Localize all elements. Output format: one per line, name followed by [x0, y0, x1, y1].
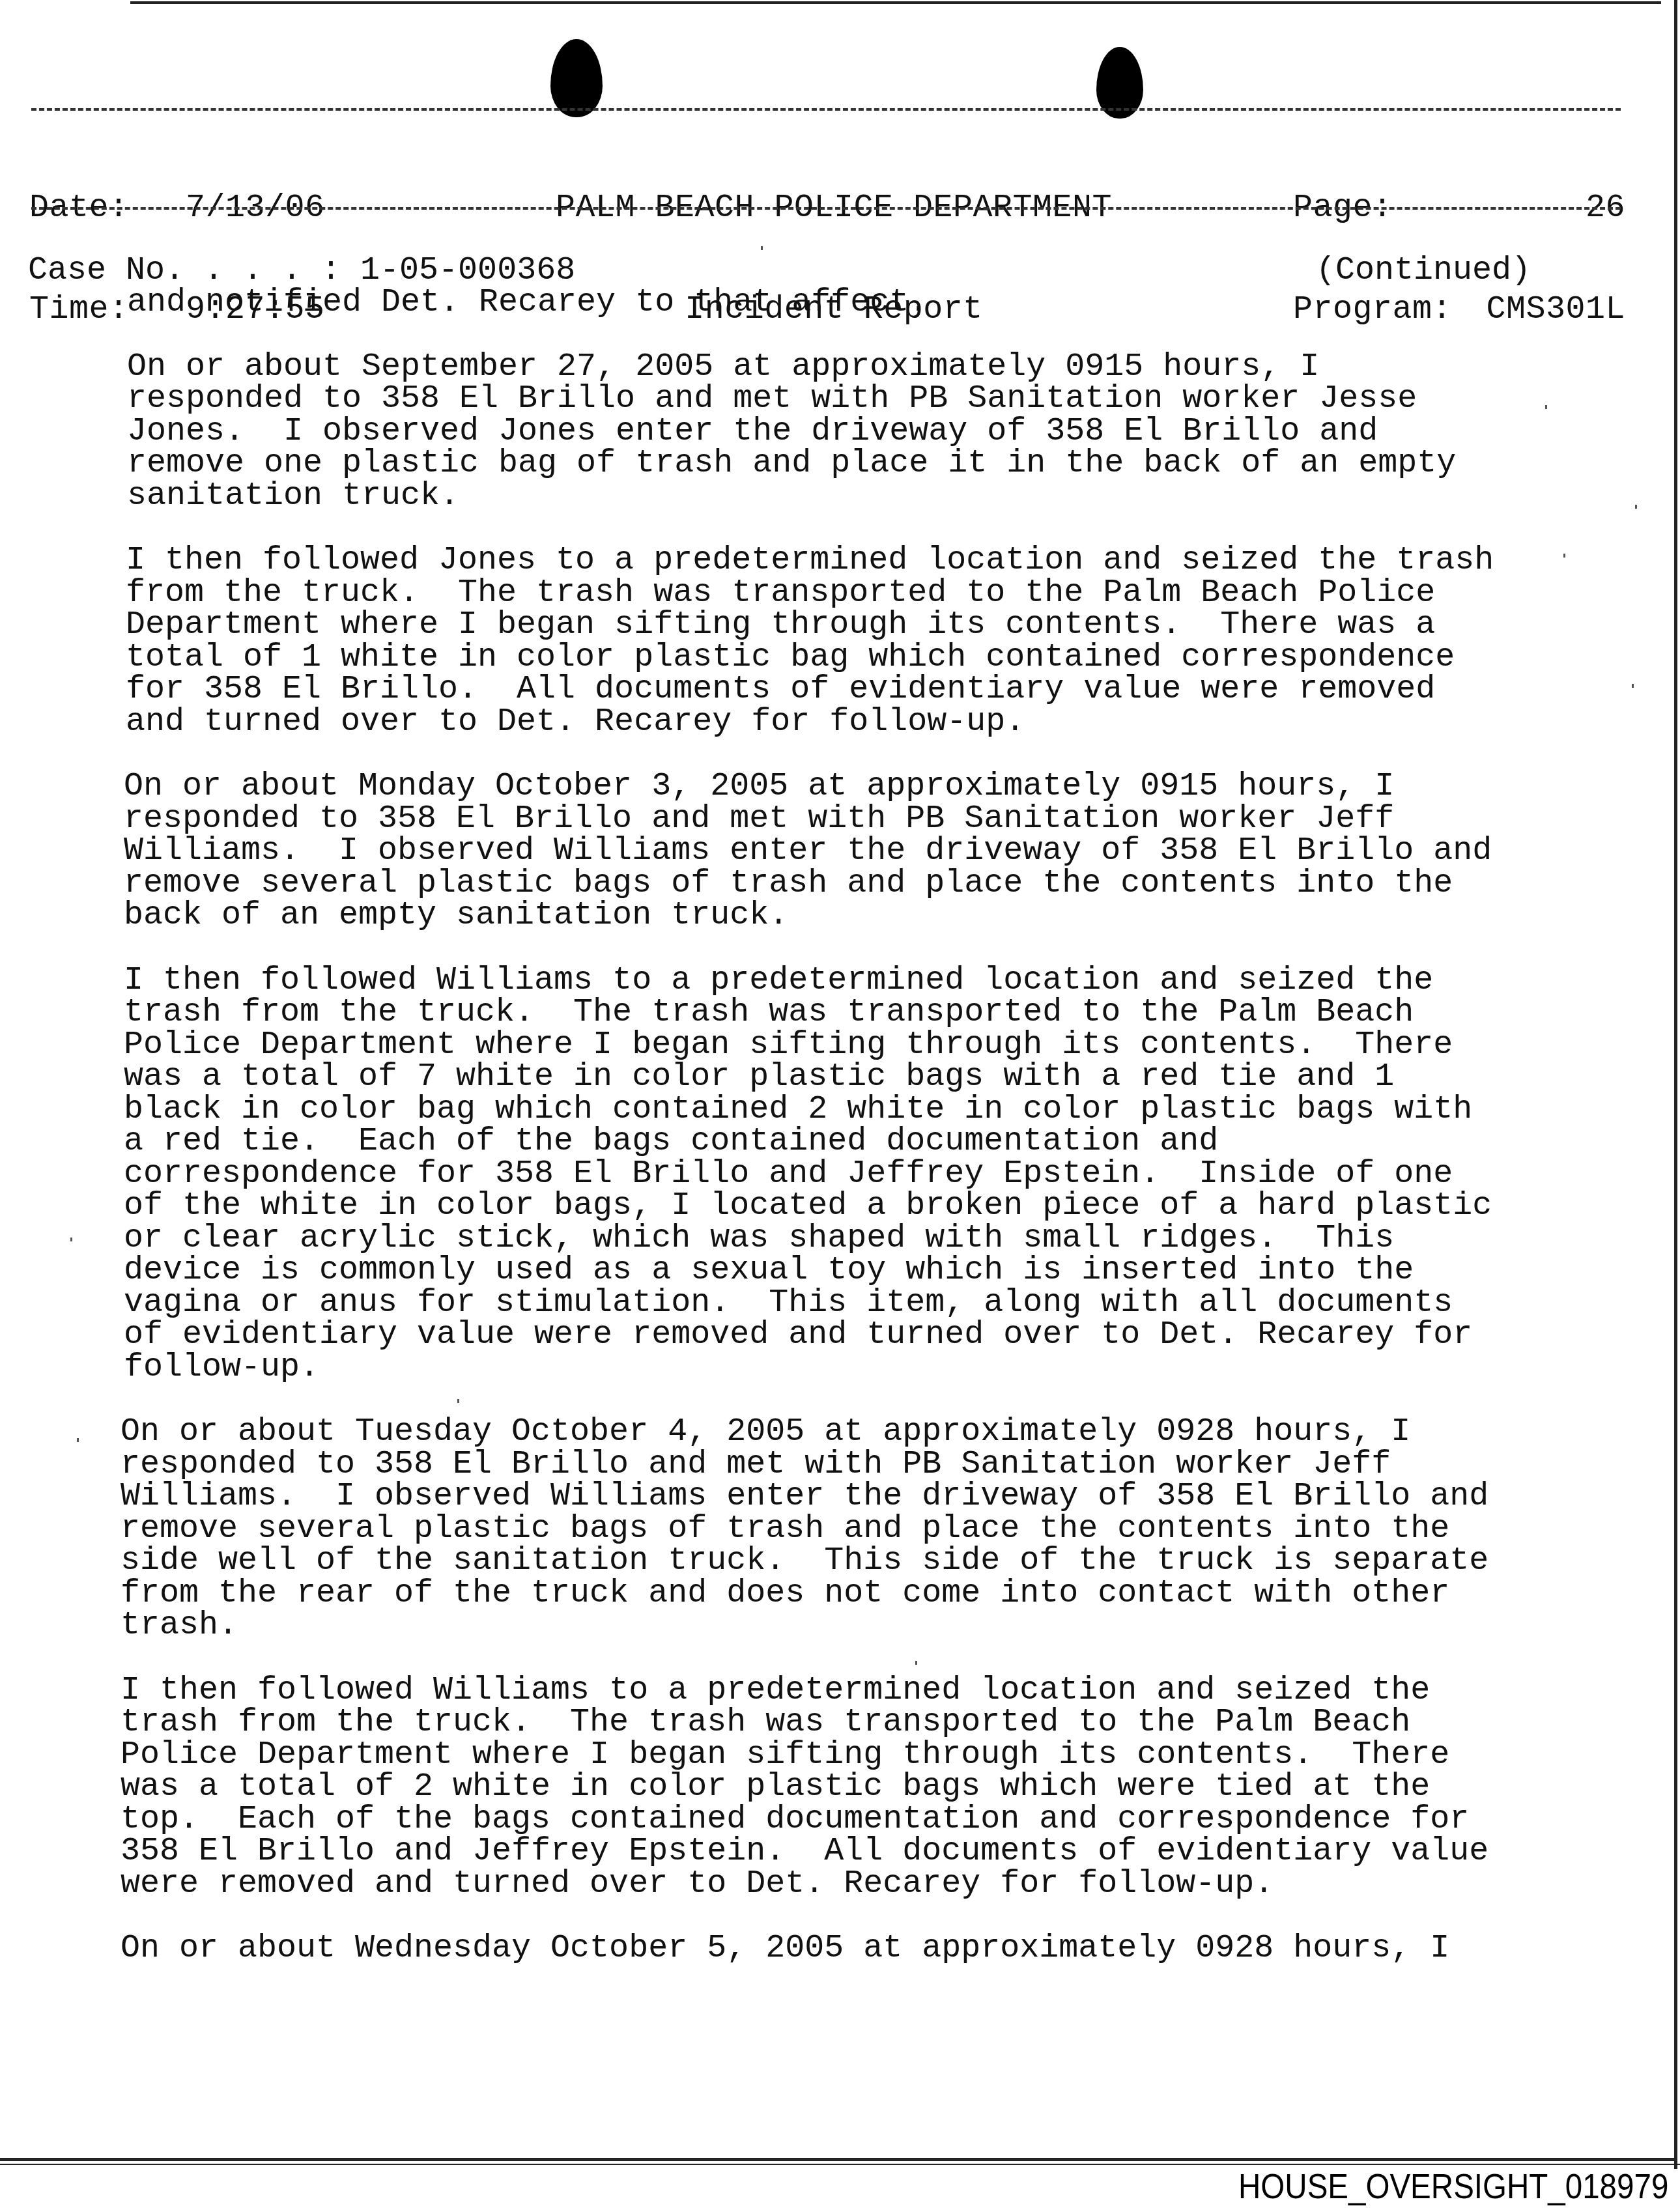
narrative-paragraph: I then followed Williams to a predetermi… — [121, 1675, 1664, 1901]
bates-number: HOUSE_OVERSIGHT_018979 — [1238, 2167, 1668, 2206]
narrative-line: On or about Monday October 3, 2005 at ap… — [124, 771, 1664, 803]
scan-bottom-border — [0, 2158, 1677, 2161]
narrative-line: or clear acrylic stick, which was shaped… — [124, 1223, 1664, 1255]
narrative-line: was a total of 2 white in color plastic … — [121, 1771, 1664, 1804]
narrative-line: Police Department where I began sifting … — [121, 1739, 1664, 1772]
narrative-line: and turned over to Det. Recarey for foll… — [126, 706, 1664, 739]
narrative-line: Williams. I observed Williams enter the … — [121, 1480, 1664, 1513]
narrative-paragraph: I then followed Williams to a predetermi… — [124, 965, 1664, 1384]
narrative-line: Williams. I observed Williams enter the … — [124, 835, 1664, 868]
narrative-line: remove one plastic bag of trash and plac… — [127, 447, 1664, 480]
scan-speck — [77, 1438, 79, 1442]
narrative-line: trash. — [121, 1609, 1664, 1642]
narrative-line: responded to 358 El Brillo and met with … — [121, 1449, 1664, 1481]
narrative-line: Jones. I observed Jones enter the drivew… — [127, 416, 1664, 448]
narrative-line: device is commonly used as a sexual toy … — [124, 1254, 1664, 1287]
narrative-line: responded to 358 El Brillo and met with … — [124, 803, 1664, 836]
scan-speck — [70, 1238, 72, 1241]
scan-top-border — [130, 1, 1661, 4]
narrative-line: top. Each of the bags contained document… — [121, 1804, 1664, 1836]
narrative-paragraph: On or about Tuesday October 4, 2005 at a… — [121, 1416, 1664, 1642]
narrative-line: Police Department where I began sifting … — [124, 1029, 1664, 1062]
narrative-line: for 358 El Brillo. All documents of evid… — [126, 673, 1664, 706]
narrative-line: I then followed Jones to a predetermined… — [126, 545, 1664, 577]
narrative-line: follow-up. — [124, 1352, 1664, 1384]
scan-bottom-border-secondary — [0, 2164, 1680, 2165]
narrative-line: side well of the sanitation truck. This … — [121, 1545, 1664, 1578]
narrative-line: total of 1 white in color plastic bag wh… — [126, 642, 1664, 674]
narrative-line: and notified Det. Recarey to that affect… — [127, 287, 1664, 319]
narrative-line: were removed and turned over to Det. Rec… — [121, 1868, 1664, 1901]
narrative-line: back of an empty sanitation truck. — [124, 899, 1664, 932]
narrative-line: I then followed Williams to a predetermi… — [121, 1675, 1664, 1707]
narrative-line: 358 El Brillo and Jeffrey Epstein. All d… — [121, 1835, 1664, 1868]
narrative-line: On or about Wednesday October 5, 2005 at… — [121, 1932, 1664, 1965]
scan-right-border — [1674, 0, 1677, 2169]
narrative-line: a red tie. Each of the bags contained do… — [124, 1125, 1664, 1158]
narrative-paragraph: and notified Det. Recarey to that affect… — [127, 287, 1664, 319]
narrative-line: I then followed Williams to a predetermi… — [124, 965, 1664, 997]
narrative-line: of evidentiary value were removed and tu… — [124, 1319, 1664, 1352]
narrative-line: was a total of 7 white in color plastic … — [124, 1061, 1664, 1094]
narrative-line: of the white in color bags, I located a … — [124, 1190, 1664, 1223]
narrative-line: correspondence for 358 El Brillo and Jef… — [124, 1158, 1664, 1191]
narrative-line: sanitation truck. — [127, 480, 1664, 513]
narrative-paragraph: On or about Wednesday October 5, 2005 at… — [121, 1932, 1664, 1965]
narrative-paragraph: I then followed Jones to a predetermined… — [126, 545, 1664, 738]
narrative-line: responded to 358 El Brillo and met with … — [127, 383, 1664, 416]
narrative-line: Department where I began sifting through… — [126, 609, 1664, 642]
narrative-line: from the truck. The trash was transporte… — [126, 577, 1664, 610]
narrative-line: vagina or anus for stimulation. This ite… — [124, 1287, 1664, 1320]
narrative-line: remove several plastic bags of trash and… — [124, 868, 1664, 900]
narrative-line: trash from the truck. The trash was tran… — [124, 997, 1664, 1029]
header-dashed-rule-bottom — [31, 207, 1621, 210]
narrative-line: On or about Tuesday October 4, 2005 at a… — [121, 1416, 1664, 1449]
case-number-line: Case No. . . . : 1-05-000368 — [28, 254, 575, 288]
narrative-line: remove several plastic bags of trash and… — [121, 1513, 1664, 1546]
narrative-paragraph: On or about Monday October 3, 2005 at ap… — [124, 771, 1664, 932]
narrative-line: from the rear of the truck and does not … — [121, 1578, 1664, 1610]
punch-hole-icon — [550, 39, 603, 117]
narrative-line: black in color bag which contained 2 whi… — [124, 1094, 1664, 1126]
narrative-paragraph: On or about September 27, 2005 at approx… — [127, 351, 1664, 513]
narrative-line: On or about September 27, 2005 at approx… — [127, 351, 1664, 384]
narrative-line: trash from the truck. The trash was tran… — [121, 1706, 1664, 1739]
header-dashed-rule-top — [31, 108, 1621, 111]
report-narrative: and notified Det. Recarey to that affect… — [127, 287, 1664, 1998]
continued-marker: (Continued) — [1316, 254, 1531, 288]
